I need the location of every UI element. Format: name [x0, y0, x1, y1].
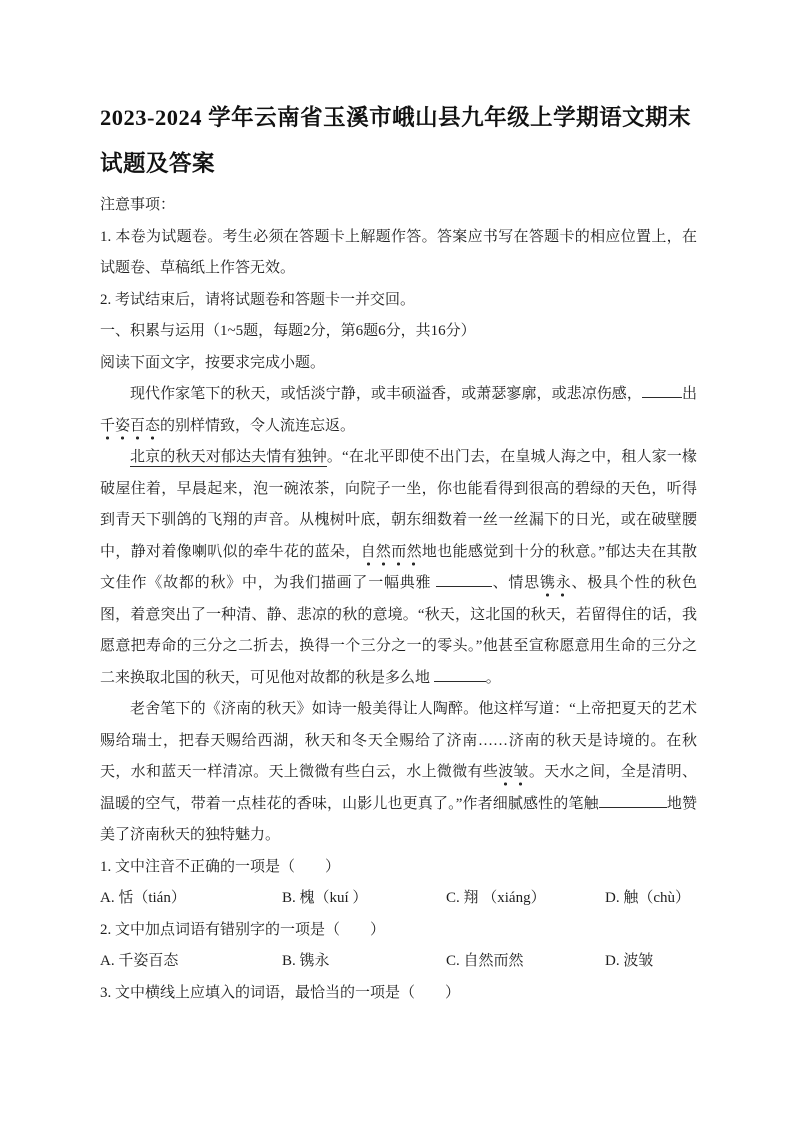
passage-paragraph-2: 北京的秋天对郁达夫情有独钟。“在北平即使不出门去，在皇城人海之中，租人家一椽破屋… [100, 442, 697, 694]
question-2-stem: 2. 文中加点词语有错别字的一项是（ ） [100, 915, 697, 947]
document-title-line1: 2023-2024 学年云南省玉溪市峨山县九年级上学期语文期末 [100, 95, 697, 141]
document-title: 2023-2024 学年云南省玉溪市峨山县九年级上学期语文期末 试题及答案 [100, 95, 697, 187]
question-1-option-c: C. 翔 （xiáng） [446, 883, 605, 915]
underlined-text: 北京的秋天对郁达夫情有独钟 [130, 449, 327, 467]
text-segment: 现代作家笔下的秋天，或恬淡宁静，或丰硕溢香，或萧瑟寥廓，或悲凉伤感， [130, 386, 642, 402]
text-segment: 。 [486, 670, 501, 686]
question-2-options: A. 千姿百态B. 镌永C. 自然而然D. 波皱 [100, 946, 697, 978]
fill-in-blank [599, 792, 667, 807]
document-title-line2: 试题及答案 [100, 141, 697, 187]
emphasis-dotted-text: 自然而然 [361, 544, 422, 566]
text-segment: 的别样情致，令人流连忘返。 [160, 418, 355, 434]
question-2-option-d: D. 波皱 [605, 953, 653, 969]
question-1-option-b: B. 槐（kuí ） [282, 883, 446, 915]
notice-heading: 注意事项： [100, 190, 697, 222]
passage-paragraph-1: 现代作家笔下的秋天，或恬淡宁静，或丰硕溢香，或萧瑟寥廓，或悲凉伤感，出千姿百态的… [100, 379, 697, 442]
emphasis-dotted-text: 波皱 [498, 764, 529, 786]
question-1-option-a: A. 恬（tián） [100, 883, 282, 915]
question-2-option-b: B. 镌永 [282, 946, 446, 978]
text-segment: 、极具个性的秋色图，着意突出了一种清、静、悲凉的秋的意境。“秋天，这北国的秋天，… [100, 575, 697, 686]
question-2-option-a: A. 千姿百态 [100, 946, 282, 978]
fill-in-blank [436, 572, 492, 587]
exam-paper-page: 2023-2024 学年云南省玉溪市峨山县九年级上学期语文期末 试题及答案 注意… [0, 0, 793, 1122]
question-1-stem: 1. 文中注音不正确的一项是（ ） [100, 852, 697, 884]
question-1-options: A. 恬（tián）B. 槐（kuí ）C. 翔 （xiáng）D. 触（chù… [100, 883, 697, 915]
section-heading: 一、积累与运用（1~5题，每题2分，第6题6分，共16分） [100, 316, 697, 348]
reading-prompt: 阅读下面文字，按要求完成小题。 [100, 348, 697, 380]
text-segment: 出 [682, 386, 697, 402]
notice-item-1: 1. 本卷为试题卷。考生必须在答题卡上解题作答。答案应书写在答题卡的相应位置上，… [100, 222, 697, 285]
question-2-option-c: C. 自然而然 [446, 946, 605, 978]
text-segment: 、情思 [492, 575, 540, 591]
passage-paragraph-3: 老舍笔下的《济南的秋天》如诗一般美得让人陶醉。他这样写道：“上帝把夏天的艺术赐给… [100, 694, 697, 852]
question-1-option-d: D. 触（chù） [605, 890, 690, 906]
fill-in-blank [642, 383, 682, 398]
question-3-stem: 3. 文中横线上应填入的词语，最恰当的一项是（ ） [100, 978, 697, 1010]
document-body: 注意事项： 1. 本卷为试题卷。考生必须在答题卡上解题作答。答案应书写在答题卡的… [100, 190, 697, 1009]
fill-in-blank [434, 666, 486, 681]
notice-item-2: 2. 考试结束后，请将试题卷和答题卡一并交回。 [100, 285, 697, 317]
emphasis-dotted-text: 千姿百态 [100, 418, 160, 440]
emphasis-dotted-text: 镌永 [540, 575, 572, 597]
